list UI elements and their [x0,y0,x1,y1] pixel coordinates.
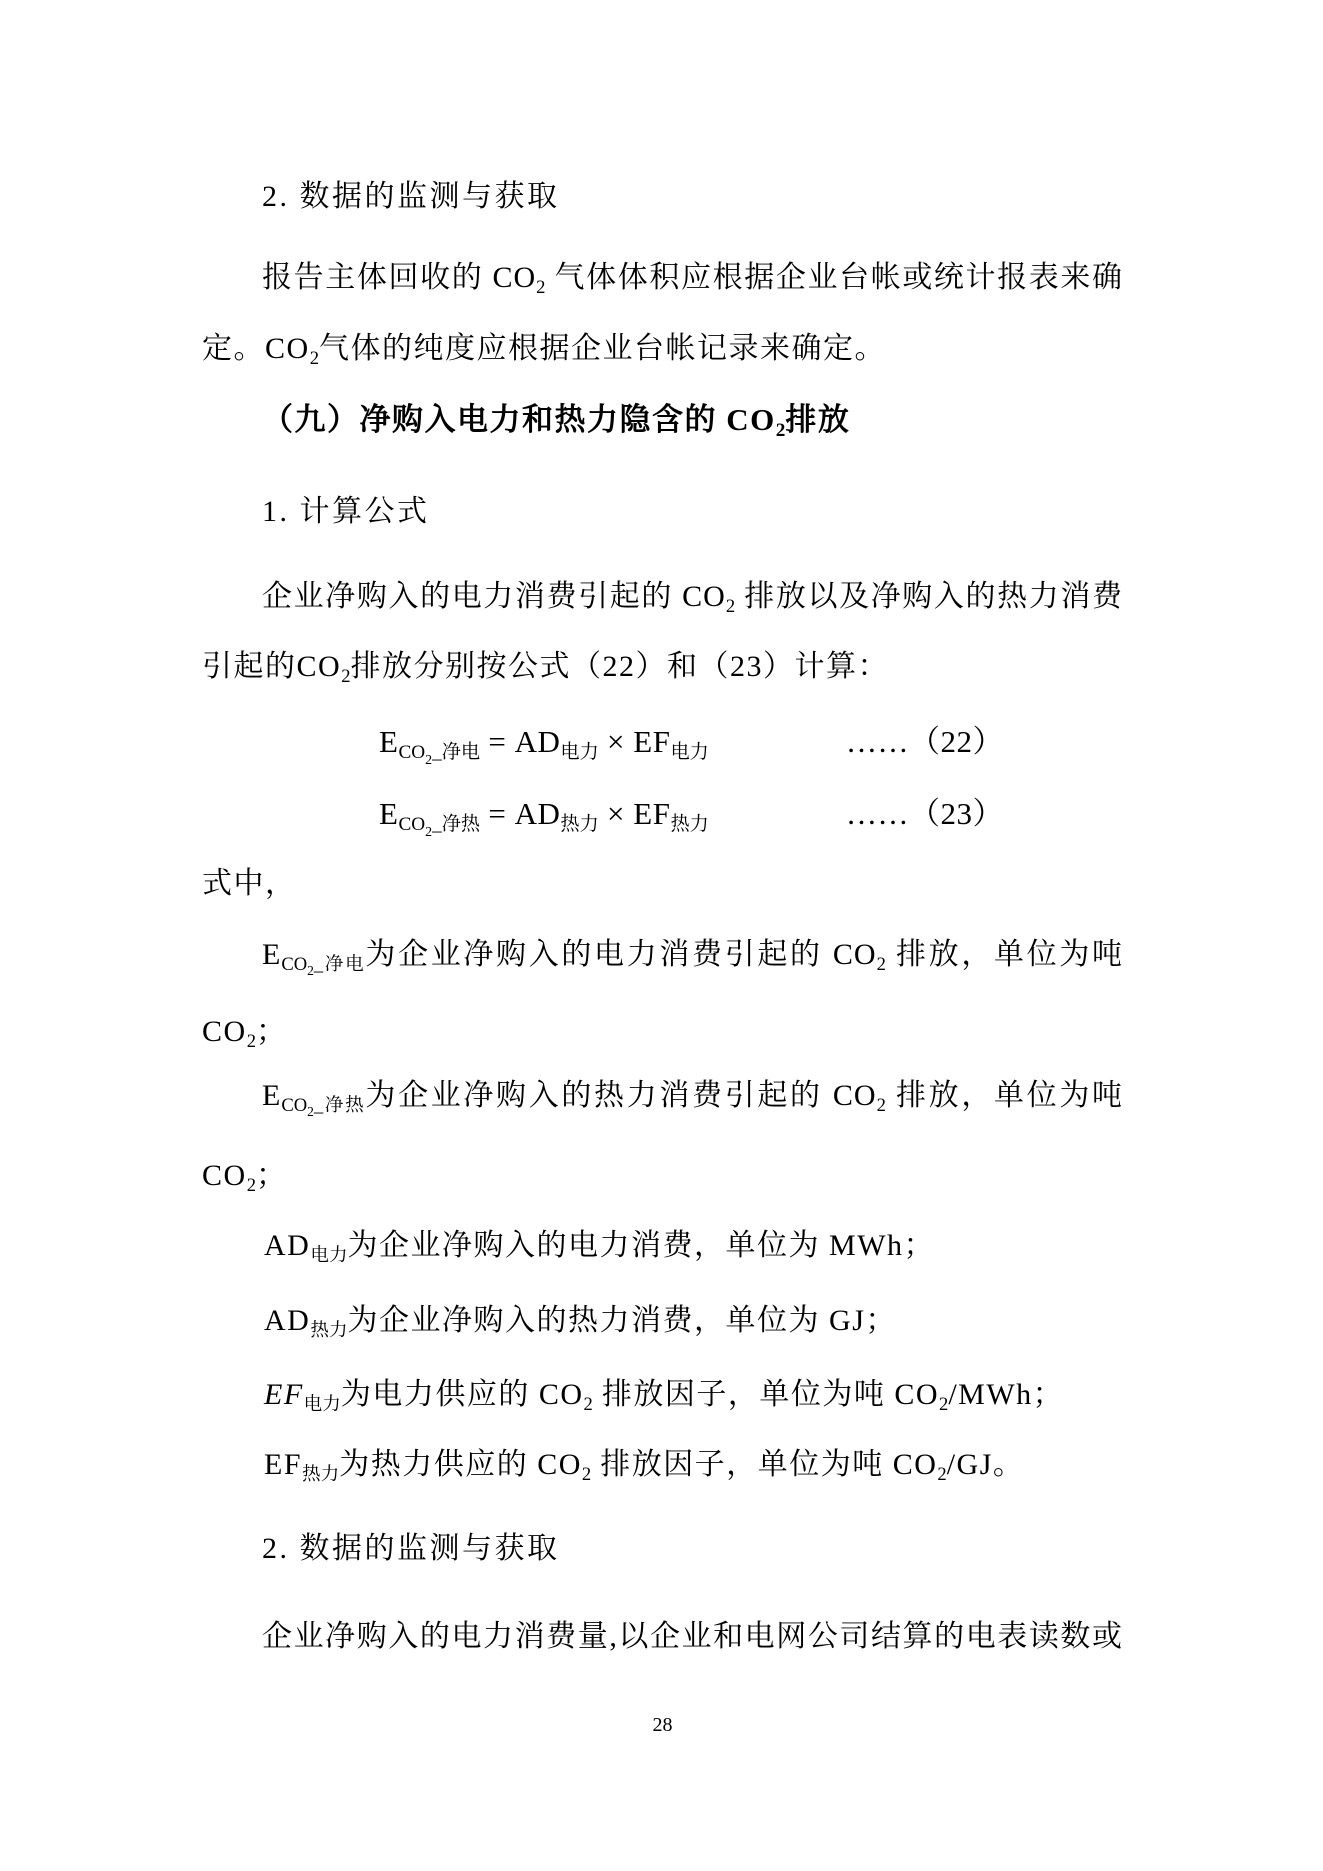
text-run: CO [682,580,726,613]
subscript-text: 电力 [310,1245,347,1266]
text-run: 气体体积应根据企业台帐或统计报表来确 [545,261,1123,294]
text-run: × [599,796,633,831]
formula-number: ……（22） [846,722,1004,762]
subscript-text: 2 [939,1394,948,1415]
text-run: 排放以及净购入的热力消费 [735,580,1123,613]
text-run: EF [633,796,670,831]
text-run: 2. 数据的监测与获取 [262,1532,560,1565]
text-run: 气体的纯度应根据企业台帐记录来确定。 [319,332,886,365]
heading-section-nine: （九）净购入电力和热力隐含的 CO2排放 [202,400,1123,445]
text-run: 排放因子，单位为吨 [591,1448,893,1481]
subscript-text: 热力 [310,1320,347,1341]
subscript-text: CO [398,742,425,763]
subscript-text: CO [281,1095,307,1116]
def-ad-heat: AD热力为企业净购入的热力消费，单位为 GJ； [202,1301,1123,1345]
subscript-text: 2 [584,1394,593,1415]
def-e-net-heat-line-2: CO2； [202,1156,1123,1200]
text-run: 为电力供应的 [341,1378,539,1411]
para-electricity-meter-line-1: 企业净购入的电力消费量,以企业和电网公司结算的电表读数或 [202,1617,1123,1657]
subscript-text: 电力 [560,742,598,763]
subscript-text: _净电 [314,954,365,975]
subscript-text: 2 [776,420,786,441]
text-run: 企业净购入的电力消费量,以企业和电网公司结算的电表读数或 [262,1620,1123,1653]
text-run: ……（23） [846,796,1004,831]
text-run: AD [515,796,561,831]
para-where: 式中， [202,864,1123,904]
subscript-text: 电力 [304,1394,341,1415]
subscript-text: 2 [247,1031,256,1052]
text-run: 排放分别按公式（22）和（23）计算： [350,650,889,683]
text-run: E [379,796,398,831]
text-run: /GJ。 [947,1448,1025,1481]
subscript-text: 热力 [560,814,598,835]
text-run: 排放因子，单位为吨 [593,1378,895,1411]
subscript-text: 2 [726,596,735,617]
text-run: 排放，单位为吨 [886,938,1123,971]
text-run: E [262,938,281,971]
para-co2-recovery-line-1: 报告主体回收的 CO2 气体体积应根据企业台帐或统计报表来确 [202,258,1123,302]
text-run: 为企业净购入的热力消费引起的 [365,1079,832,1112]
text-run: CO [297,650,342,683]
text-run: AD [264,1304,310,1337]
text-run: 报告主体回收的 [262,261,492,294]
text-run: 引起的 [202,650,297,683]
page-number: 28 [202,1712,1123,1738]
subscript-text: 2 [877,954,886,975]
heading-calculation-formula: 1. 计算公式 [202,492,1123,532]
text-run: AD [264,1229,310,1262]
formula-number: ……（23） [846,794,1004,834]
formula-23: ECO2_净热 = AD热力 × EF热力……（23） [202,794,1123,841]
formula-expression: ECO2_净电 = AD电力 × EF电力 [379,722,709,769]
para-net-purchase-line-1: 企业净购入的电力消费引起的 CO2 排放以及净购入的热力消费 [202,577,1123,621]
subscript-text: 热力 [670,814,708,835]
text-run: × [599,724,633,759]
text-run: ……（22） [846,724,1004,759]
formula-expression: ECO2_净热 = AD热力 × EF热力 [379,794,709,841]
text-run: E [262,1079,281,1112]
text-run: 28 [653,1714,673,1736]
text-run: ； [256,1015,288,1048]
text-run: 企业净购入的电力消费引起的 [262,580,682,613]
subscript-text: 2 [307,963,314,978]
subscript-text: 电力 [670,742,708,763]
text-run: CO [202,1015,247,1048]
subscript-text: _净热 [432,814,480,835]
text-run: CO [894,1378,939,1411]
subscript-text: 2 [582,1464,591,1485]
subscript-text: 2 [536,277,545,298]
text-run: AD [515,724,561,759]
text-run: 为热力供应的 [339,1448,537,1481]
def-e-net-electricity-line-1: ECO2_净电为企业净购入的电力消费引起的 CO2 排放，单位为吨 [202,935,1123,980]
def-ef-electricity: EF电力为电力供应的 CO2 排放因子，单位为吨 CO2/MWh； [202,1375,1123,1419]
text-run: 排放 [785,402,850,437]
subscript-text: _净电 [432,742,480,763]
text-run: 1. 计算公式 [262,495,430,528]
text-run: /MWh； [948,1378,1064,1411]
text-run: 为企业净购入的电力消费，单位为 MWh； [348,1229,936,1262]
para-co2-recovery-line-2: 定。CO2气体的纯度应根据企业台帐记录来确定。 [202,329,1123,373]
text-run: CO [726,402,776,437]
text-run: 2. 数据的监测与获取 [262,180,560,213]
text-run: = [480,796,514,831]
text-run: CO [537,1448,582,1481]
text-run: EF [264,1448,302,1481]
subscript-text: _净热 [314,1095,365,1116]
subscript-text: 2 [310,348,319,369]
text-run: ； [256,1159,288,1192]
text-run: = [480,724,514,759]
text-run: （九）净购入电力和热力隐含的 [262,402,726,437]
para-net-purchase-line-2: 引起的CO2排放分别按公式（22）和（23）计算： [202,647,1123,691]
subscript-text: 2 [341,666,350,687]
text-run: CO [893,1448,938,1481]
text-run: 排放，单位为吨 [886,1079,1123,1112]
text-run: EF [633,724,670,759]
text-run: CO [539,1378,584,1411]
text-run: CO [833,1079,877,1112]
text-run: CO [265,332,310,365]
subscript-text: 2 [937,1464,946,1485]
subscript-text: CO [281,954,307,975]
text-run: 为企业净购入的电力消费引起的 [365,938,832,971]
subscript-text: 2 [877,1095,886,1116]
heading-data-monitoring-2: 2. 数据的监测与获取 [202,1529,1123,1569]
text-run: 式中， [202,867,297,900]
subscript-text: 热力 [302,1464,339,1485]
subscript-text: 2 [247,1175,256,1196]
def-e-net-heat-line-1: ECO2_净热为企业净购入的热力消费引起的 CO2 排放，单位为吨 [202,1076,1123,1121]
text-run: CO [202,1159,247,1192]
def-ef-heat: EF热力为热力供应的 CO2 排放因子，单位为吨 CO2/GJ。 [202,1445,1123,1489]
text-run: 为企业净购入的热力消费，单位为 GJ； [348,1304,897,1337]
heading-data-monitoring-1: 2. 数据的监测与获取 [202,177,1123,217]
text-run: E [379,724,398,759]
subscript-text: CO [398,814,425,835]
formula-22: ECO2_净电 = AD电力 × EF电力……（22） [202,722,1123,769]
document-page: 2. 数据的监测与获取报告主体回收的 CO2 气体体积应根据企业台帐或统计报表来… [0,0,1323,1871]
text-run: CO [492,261,536,294]
def-ad-electricity: AD电力为企业净购入的电力消费，单位为 MWh； [202,1226,1123,1270]
text-run: EF [264,1378,304,1411]
text-run: CO [833,938,877,971]
def-e-net-electricity-line-2: CO2； [202,1012,1123,1056]
text-run: 定。 [202,332,265,365]
subscript-text: 2 [307,1104,314,1119]
